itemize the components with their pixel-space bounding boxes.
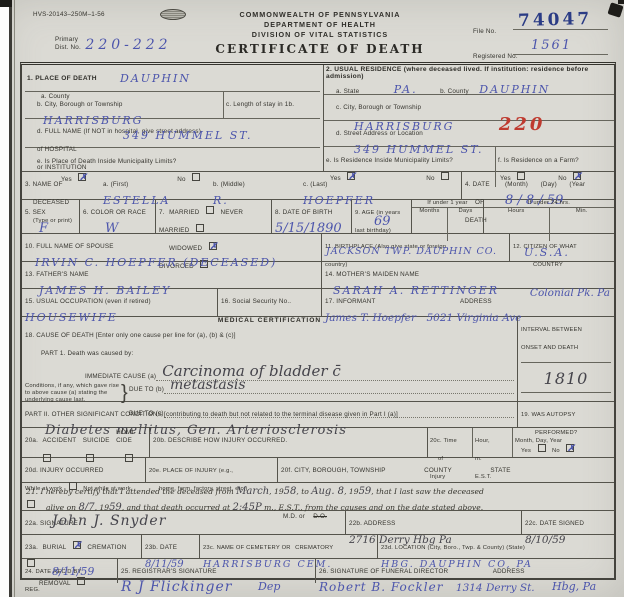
immediate-cause-label: IMMEDIATE CAUSE (a) <box>85 373 156 381</box>
funeral-address-value: 1314 Derry St. <box>456 582 535 594</box>
commonwealth-line: COMMONWEALTH OF PENNSYLVANIA <box>175 10 465 20</box>
file-no-label: File No. <box>473 28 496 35</box>
form-number: HVS-20143–250M–1-56 <box>33 11 105 19</box>
interval-label-2: ONSET AND DEATH <box>521 345 578 351</box>
injury-city-label: 20f. CITY, BOROUGH, TOWNSHIP <box>281 467 386 474</box>
registered-no-label: Registered No. <box>473 53 518 60</box>
section-sex: 5. SEX F <box>22 200 80 233</box>
interval-label-1: INTERVAL BETWEEN <box>521 327 582 333</box>
attended-from-value: March <box>236 486 269 497</box>
dod-year-label: (Year <box>569 181 585 188</box>
funeral-director-value: Robert B. Fockler <box>319 580 443 594</box>
attended-from-year: 58 <box>284 486 297 497</box>
attended-to-value: Aug. 8 <box>311 486 344 497</box>
age-value: 69 <box>374 214 391 229</box>
ssn-label: 16. Social Security No.. <box>221 298 291 305</box>
section-injury-location: 20f. CITY, BOROUGH, TOWNSHIP COUNTY STAT… <box>278 458 614 482</box>
due-to-b-label: DUE TO (b) <box>129 386 164 394</box>
city-label: b. City, Borough or Township <box>37 101 123 108</box>
sex-label: 5. SEX <box>25 209 46 216</box>
primary-district-value: 220-222 <box>85 37 171 53</box>
dod-month-label: (Month) <box>505 181 528 188</box>
length-of-stay-label: c. Length of stay in 1b. <box>226 101 294 108</box>
section-physician-address: 22b. ADDRESS 2716 Derry Hbg Pa <box>346 511 522 534</box>
first-name-label: a. (First) <box>103 181 128 188</box>
registrar-label: 25. REGISTRAR'S SIGNATURE <box>121 568 217 575</box>
section-date-received: 24. DATE REC'D BY REG. 8/11/59 <box>22 559 118 583</box>
cause-of-death-label: 18. CAUSE OF DEATH [Enter only one cause… <box>25 332 236 339</box>
mother-label: 14. MOTHER'S MAIDEN NAME <box>325 271 419 278</box>
section-name-of-deceased: 3. NAME OF DECEASED (Type or print) a. (… <box>22 172 462 199</box>
cert-text-1: 21. I hereby certify that I attended the… <box>26 487 234 496</box>
certificate-form: 1. PLACE OF DEATH a. County DAUPHIN b. C… <box>20 62 616 580</box>
cert-text-2: , 19 <box>269 487 284 496</box>
father-label: 13. FATHER'S NAME <box>25 271 89 278</box>
section-occupation: 15. USUAL OCCUPATION (even if retired) H… <box>22 289 218 316</box>
section-place-of-death: 1. PLACE OF DEATH a. County DAUPHIN b. C… <box>22 65 324 171</box>
name-title-1: 3. NAME OF <box>25 181 63 188</box>
primary-district: Primary Dist. No. 220-222 <box>55 36 172 54</box>
funeral-address-label: ADDRESS <box>493 568 525 575</box>
scan-edge-line <box>9 0 12 597</box>
primary-label: Primary <box>55 36 81 44</box>
medical-certification-title: MEDICAL CERTIFICATION <box>22 317 517 324</box>
section-mother: 14. MOTHER'S MAIDEN NAME SARAH A. RETTIN… <box>322 262 614 288</box>
interval-column: INTERVAL BETWEEN ONSET AND DEATH 1810 <box>518 317 614 401</box>
scan-left-margin <box>0 0 9 597</box>
autopsy-label-1: 19. WAS AUTOPSY <box>521 412 576 418</box>
age-under-24-hrs: If under 24 hrs. Hours Min. <box>484 200 614 233</box>
place-of-death-title: 1. PLACE OF DEATH <box>27 75 97 82</box>
physician-address-label: 22b. ADDRESS <box>349 520 396 527</box>
date-recd-value: 8/11/59 <box>52 565 94 578</box>
informant-address-label: ADDRESS <box>460 298 492 305</box>
cert-text-5: , that I last saw the deceased <box>371 487 484 496</box>
registered-number: Registered No. 1561 <box>473 45 623 63</box>
dist-no-label: Dist. No. <box>55 44 81 52</box>
time-injury-label-1: 20c. Time <box>430 438 457 444</box>
section-accident-suicide-homicide: 20a. ACCIDENT SUICIDE HOMI-CIDE <box>22 428 150 457</box>
section-informant: 17. INFORMANT ADDRESS Colonial Pk. Pa Ja… <box>322 289 614 316</box>
dob-label: 8. DATE OF BIRTH <box>275 209 333 216</box>
section-usual-residence: 2. USUAL RESIDENCE (where deceased lived… <box>324 65 614 171</box>
never-married-checkbox <box>196 224 204 232</box>
accident-label: ACCIDENT <box>43 437 77 444</box>
informant-label: 17. INFORMANT <box>325 298 376 305</box>
registered-no-value: 1561 <box>531 38 572 53</box>
date-signed-label: 22c. DATE SIGNED <box>525 520 584 527</box>
section-physician-signature: 22a. SIGNATURE John J. Snyder M.D. or D.… <box>22 511 346 534</box>
section-color-or-race: 6. COLOR OR RACE W <box>80 200 156 233</box>
s20a-prefix: 20a. <box>25 437 38 444</box>
header-center: COMMONWEALTH OF PENNSYLVANIA DEPARTMENT … <box>175 10 465 56</box>
section-autopsy: 19. WAS AUTOPSY PERFORMED? Yes No ✗ <box>518 402 614 427</box>
burial-checkbox: ✗ <box>73 541 81 549</box>
last-name-label: c. (Last) <box>303 181 328 188</box>
interval-value: 1810 <box>521 369 611 388</box>
registrar-deputy-note: Dep <box>258 580 280 593</box>
county-value: DAUPHIN <box>120 72 191 85</box>
cremation-label: CREMATION <box>87 544 126 551</box>
farm-label: f. Is Residence on a Farm? <box>498 157 579 164</box>
due-to-b-value: metastasis <box>164 377 514 394</box>
section-cemetery: 23c. NAME OF CEMETERY OR CREMATORY HARRI… <box>200 535 378 558</box>
married-label: MARRIED <box>169 209 199 216</box>
dod-title-1: 4. DATE <box>465 181 490 188</box>
file-number: File No. 74047 <box>473 20 613 38</box>
spouse-label: 10. FULL NAME OF SPOUSE <box>25 243 114 250</box>
state-label: a. State <box>336 88 359 95</box>
burial-label: BURIAL <box>43 544 67 551</box>
section-describe-injury: 20b. DESCRIBE HOW INJURY OCCURRED. <box>150 428 428 457</box>
cert-text-3: , to <box>296 487 308 496</box>
municipality-limits-label: e. Is Place of Death Inside Municipality… <box>37 158 176 165</box>
cert-text-4: , 19 <box>344 487 359 496</box>
section-citizenship: 12. CITIZEN OF WHAT COUNTRY U.S.A. <box>510 234 614 261</box>
burial-date-label: 23b. DATE <box>145 544 177 551</box>
cemetery-label-1: 23c. NAME OF CEMETERY OR <box>203 545 291 551</box>
section-marital-status: 7. MARRIED NEVER MARRIED WIDOWED ✗ DIVOR… <box>156 200 272 233</box>
injury-occurred-label: 20d. INJURY OCCURRED <box>25 467 104 474</box>
section-date-of-death: 4. DATE OF DEATH (Month) (Day) (Year 8 /… <box>462 172 614 199</box>
s23a-prefix: 23a. <box>25 544 38 551</box>
do-label: D.O. <box>313 513 327 521</box>
res-city-label: c. City, Borough or Township <box>336 104 421 111</box>
section-time-of-injury: 20c. Time of Injury Hour, m. E.S.T. Mont… <box>428 428 614 457</box>
race-label: 6. COLOR OR RACE <box>83 209 146 216</box>
section-cause-of-death: MEDICAL CERTIFICATION 18. CAUSE OF DEATH… <box>22 317 518 401</box>
funeral-address-city: Hbg, Pa <box>552 580 596 593</box>
section-registrar-signature: 25. REGISTRAR'S SIGNATURE R J Flickinger <box>118 559 316 583</box>
section-birthplace: 11. BIRTHPLACE (Also give state or forei… <box>322 234 510 261</box>
injury-state-label: STATE <box>490 467 510 474</box>
section-injury-occurred: 20d. INJURY OCCURRED While at work Not w… <box>22 458 146 482</box>
occupation-label: 15. USUAL OCCUPATION (even if retired) <box>25 298 151 305</box>
department-line: DEPARTMENT OF HEALTH <box>175 20 465 30</box>
dod-day-label: (Day) <box>541 181 557 188</box>
section-spouse: 10. FULL NAME OF SPOUSE IRVIN C. HOEPFER… <box>22 234 322 261</box>
division-line: DIVISION OF VITAL STATISTICS <box>175 30 465 40</box>
age-under-1-year: If under 1 year Months Days <box>412 200 484 233</box>
under-24-label: If under 24 hrs. <box>484 200 614 208</box>
describe-injury-label: 20b. DESCRIBE HOW INJURY OCCURRED. <box>153 437 287 444</box>
registrar-signature-value: R J Flickinger <box>121 579 232 595</box>
file-no-value: 74047 <box>518 9 593 31</box>
hospital-address-value: 349 HUMMEL ST. <box>123 129 252 142</box>
section-age: 9. AGE (in years last birthday) 69 <box>352 200 412 233</box>
section-part-2-conditions: PART II. OTHER SIGNIFICANT CONDITIONS [c… <box>22 402 518 427</box>
injury-county-label: COUNTY <box>424 467 452 474</box>
scan-artifact <box>0 0 12 7</box>
cemetery-label-2: CREMATORY <box>295 545 333 551</box>
section-date-signed: 22c. DATE SIGNED 8/10/59 <box>522 511 614 534</box>
res-county-label: b. County <box>440 88 469 95</box>
under-1-year-label: If under 1 year <box>412 200 483 208</box>
section-date-of-birth: 8. DATE OF BIRTH 5/15/1890 <box>272 200 352 233</box>
res-municipality-label: e. Is Residence Inside Municipality Limi… <box>326 157 453 164</box>
section-father: 13. FATHER'S NAME JAMES H. BAILEY <box>22 262 322 288</box>
married-checkbox <box>206 206 214 214</box>
section-cemetery-location: 23d. LOCATION (City, Boro., Twp. & Count… <box>378 535 614 558</box>
section-burial-date: 23b. DATE 8/11/59 <box>142 535 200 558</box>
informant-address-extra: Colonial Pk. Pa <box>530 287 610 299</box>
section-disposition: 23a. BURIAL ✗ CREMATION REMOVAL <box>22 535 142 558</box>
homicide-label: HOMI-CIDE <box>116 429 138 445</box>
section-place-of-injury: 20e. PLACE OF INJURY (e.g., home, farm, … <box>146 458 278 482</box>
place-injury-label-1: 20e. PLACE OF INJURY (e.g., <box>149 468 233 474</box>
section-ssn: 16. Social Security No.. <box>218 289 322 316</box>
birthplace-value: JACKSON TWP. DAUPHIN CO. <box>326 246 497 257</box>
suicide-label: SUICIDE <box>83 437 110 444</box>
certificate-title: CERTIFICATE OF DEATH <box>175 42 465 56</box>
cemetery-location-label: 23d. LOCATION (City, Boro., Twp. & Count… <box>381 545 525 551</box>
certificate-header: HVS-20143–250M–1-56 COMMONWEALTH OF PENN… <box>15 0 624 62</box>
hour-label: Hour, <box>475 438 490 444</box>
citizen-value: U.S.A. <box>524 246 570 259</box>
part1-label: PART 1. Death was caused by: <box>41 350 133 357</box>
street-address-label: d. Street Address or Location <box>336 130 423 137</box>
date-recd-label-2: REG. <box>25 587 40 593</box>
usual-residence-title: 2. USUAL RESIDENCE (where deceased lived… <box>326 66 606 80</box>
scan-edge-line-2 <box>14 0 15 597</box>
month-day-year-label: Month, Day, Year <box>515 438 562 444</box>
physician-signature-value: John J. Snyder <box>52 513 166 529</box>
middle-name-label: b. (Middle) <box>213 181 245 188</box>
part2-label: PART II. OTHER SIGNIFICANT CONDITIONS [c… <box>25 411 398 418</box>
md-label: M.D. or <box>283 513 305 521</box>
funeral-director-label: 26. SIGNATURE OF FUNERAL DIRECTOR <box>319 568 448 575</box>
attended-to-year: 59 <box>359 486 372 497</box>
death-certificate-scan: HVS-20143–250M–1-56 COMMONWEALTH OF PENN… <box>0 0 624 597</box>
